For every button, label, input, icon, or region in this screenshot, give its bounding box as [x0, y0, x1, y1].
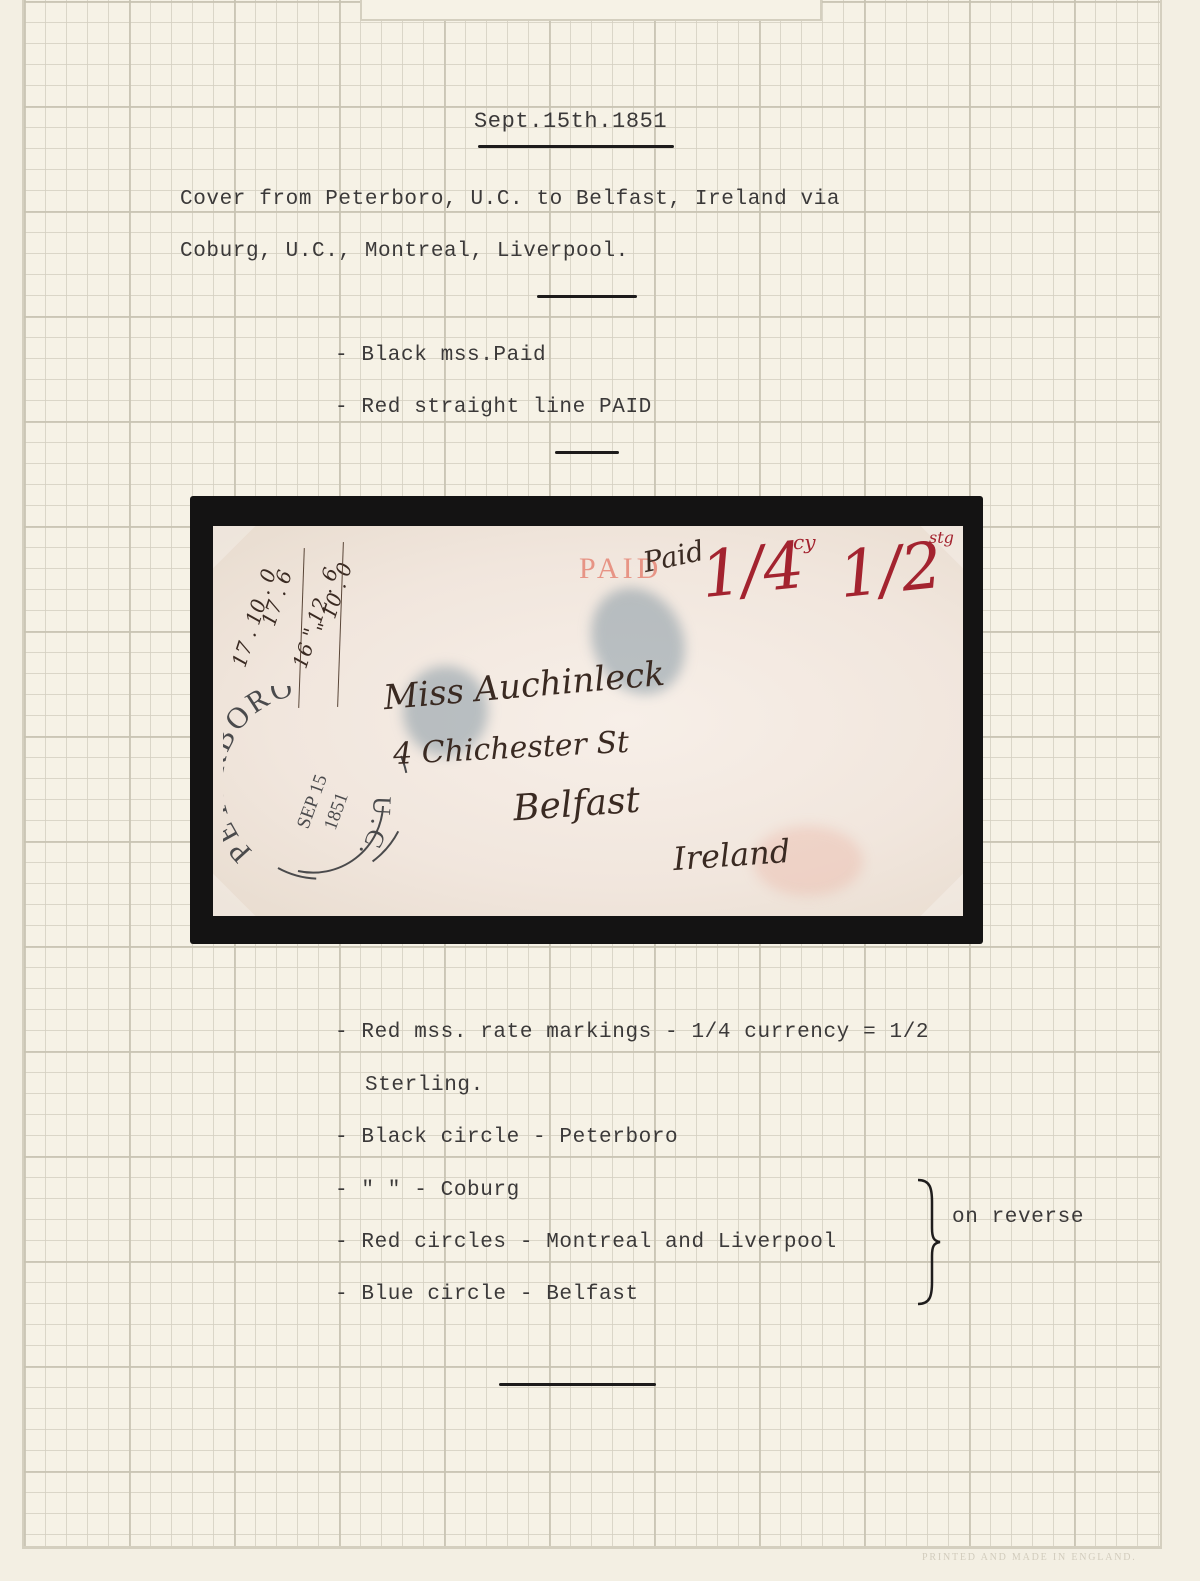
- on-reverse-label: on reverse: [952, 1206, 1084, 1229]
- address-line-city: Belfast: [512, 780, 642, 830]
- envelope-corner: [921, 874, 963, 916]
- note-blue-circle: - Blue circle - Belfast: [335, 1283, 639, 1306]
- note-black-mss-paid: - Black mss.Paid: [335, 344, 546, 367]
- printer-imprint: PRINTED AND MADE IN ENGLAND.: [922, 1552, 1137, 1563]
- note-red-straight-line-paid: - Red straight line PAID: [335, 396, 652, 419]
- page-title: Sept.15th.1851: [474, 109, 667, 134]
- note-sterling: Sterling.: [365, 1074, 484, 1097]
- intro-line-1: Cover from Peterboro, U.C. to Belfast, I…: [180, 188, 840, 211]
- svg-text:PETERBORO: PETERBORO: [223, 686, 299, 869]
- note-red-circles: - Red circles - Montreal and Liverpool: [335, 1231, 837, 1254]
- postal-cover: PAID Paid 1/4 cy 1/2 stg 17 . 10 . 0 17 …: [213, 526, 963, 916]
- intro-line-2: Coburg, U.C., Montreal, Liverpool.: [180, 240, 629, 263]
- postmark-town: PETERBORO: [223, 686, 299, 869]
- top-label-box: [360, 0, 822, 21]
- title-underline: [478, 145, 674, 148]
- section-divider: [555, 451, 619, 454]
- address-line-name: Miss Auchinleck: [382, 654, 667, 718]
- rate-marking-stg: stg: [929, 528, 954, 547]
- note-red-rate-markings: - Red mss. rate markings - 1/4 currency …: [335, 1021, 929, 1044]
- rate-marking-currency: 1/4: [697, 529, 807, 613]
- section-divider: [537, 295, 637, 298]
- right-brace: [916, 1178, 942, 1306]
- rate-marking-cy: cy: [793, 530, 816, 554]
- closing-divider: [499, 1383, 656, 1386]
- note-black-circle-peterboro: - Black circle - Peterboro: [335, 1126, 678, 1149]
- note-black-circle-coburg: - " " - Coburg: [335, 1179, 520, 1202]
- envelope-corner: [213, 526, 255, 568]
